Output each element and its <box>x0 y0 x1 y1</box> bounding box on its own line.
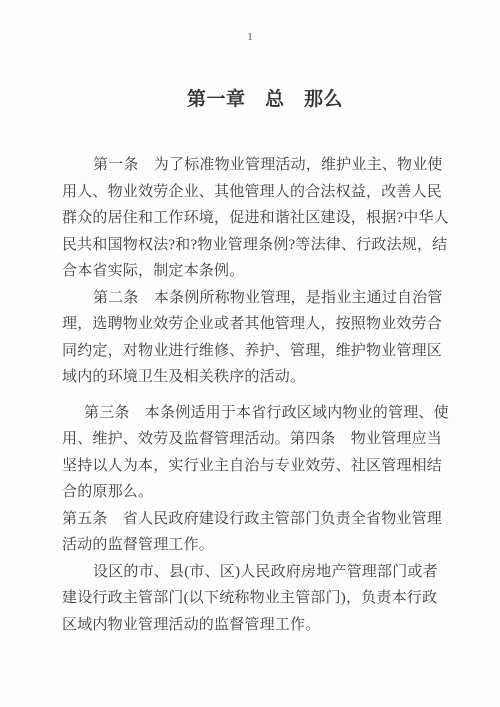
text-line: 群众的居住和工作环境，促进和谐社区建设，根据?中华人 <box>62 205 440 232</box>
chapter-heading: 第一章 总 那么 <box>10 84 500 111</box>
text-line: 合本省实际，制定本条例。 <box>62 258 440 285</box>
text-line: 第三条 本条例适用于本省行政区域内物业的管理、使 <box>62 400 440 427</box>
text-line: 理，选聘物业效劳企业或者其他管理人，按照物业效劳合 <box>62 311 440 338</box>
paragraph-article-3-4: 第三条 本条例适用于本省行政区域内物业的管理、使 用、维护、效劳及监督管理活动。… <box>62 400 440 506</box>
text-line: 用人、物业效劳企业、其他管理人的合法权益，改善人民 <box>62 179 440 206</box>
paragraph-article-5: 第五条 省人民政府建设行政主管部门负责全省物业管理 活动的监督管理工作。 <box>62 506 440 559</box>
document-body: 第一条 为了标准物业管理活动，维护业主、物业使 用人、物业效劳企业、其他管理人的… <box>62 152 440 638</box>
text-line: 用、维护、效劳及监督管理活动。第四条 物业管理应当 <box>62 426 440 453</box>
page-number: 1 <box>0 31 500 43</box>
text-line: 活动的监督管理工作。 <box>62 532 440 559</box>
text-line: 民共和国物权法?和?物业管理条例?等法律、行政法规，结 <box>62 232 440 259</box>
paragraph-article-5-2: 设区的市、县(市、区)人民政府房地产管理部门或者 建设行政主管部门(以下统称物业… <box>62 559 440 639</box>
text-line: 合的原那么。 <box>62 479 440 506</box>
text-line: 同约定，对物业进行维修、养护、管理，维护物业管理区 <box>62 338 440 365</box>
text-line: 设区的市、县(市、区)人民政府房地产管理部门或者 <box>62 559 440 586</box>
text-line: 区域内物业管理活动的监督管理工作。 <box>62 612 440 639</box>
text-line: 第五条 省人民政府建设行政主管部门负责全省物业管理 <box>62 506 440 533</box>
text-line: 第一条 为了标准物业管理活动，维护业主、物业使 <box>62 152 440 179</box>
text-line: 域内的环境卫生及相关秩序的活动。 <box>62 364 440 391</box>
text-line: 第二条 本条例所称物业管理，是指业主通过自治管 <box>62 285 440 312</box>
paragraph-article-2: 第二条 本条例所称物业管理，是指业主通过自治管 理，选聘物业效劳企业或者其他管理… <box>62 285 440 391</box>
text-line: 建设行政主管部门(以下统称物业主管部门)，负责本行政 <box>62 585 440 612</box>
document-page: 1 第一章 总 那么 第一条 为了标准物业管理活动，维护业主、物业使 用人、物业… <box>0 0 500 707</box>
text-line: 坚持以人为本，实行业主自治与专业效劳、社区管理相结 <box>62 453 440 480</box>
paragraph-article-1: 第一条 为了标准物业管理活动，维护业主、物业使 用人、物业效劳企业、其他管理人的… <box>62 152 440 285</box>
